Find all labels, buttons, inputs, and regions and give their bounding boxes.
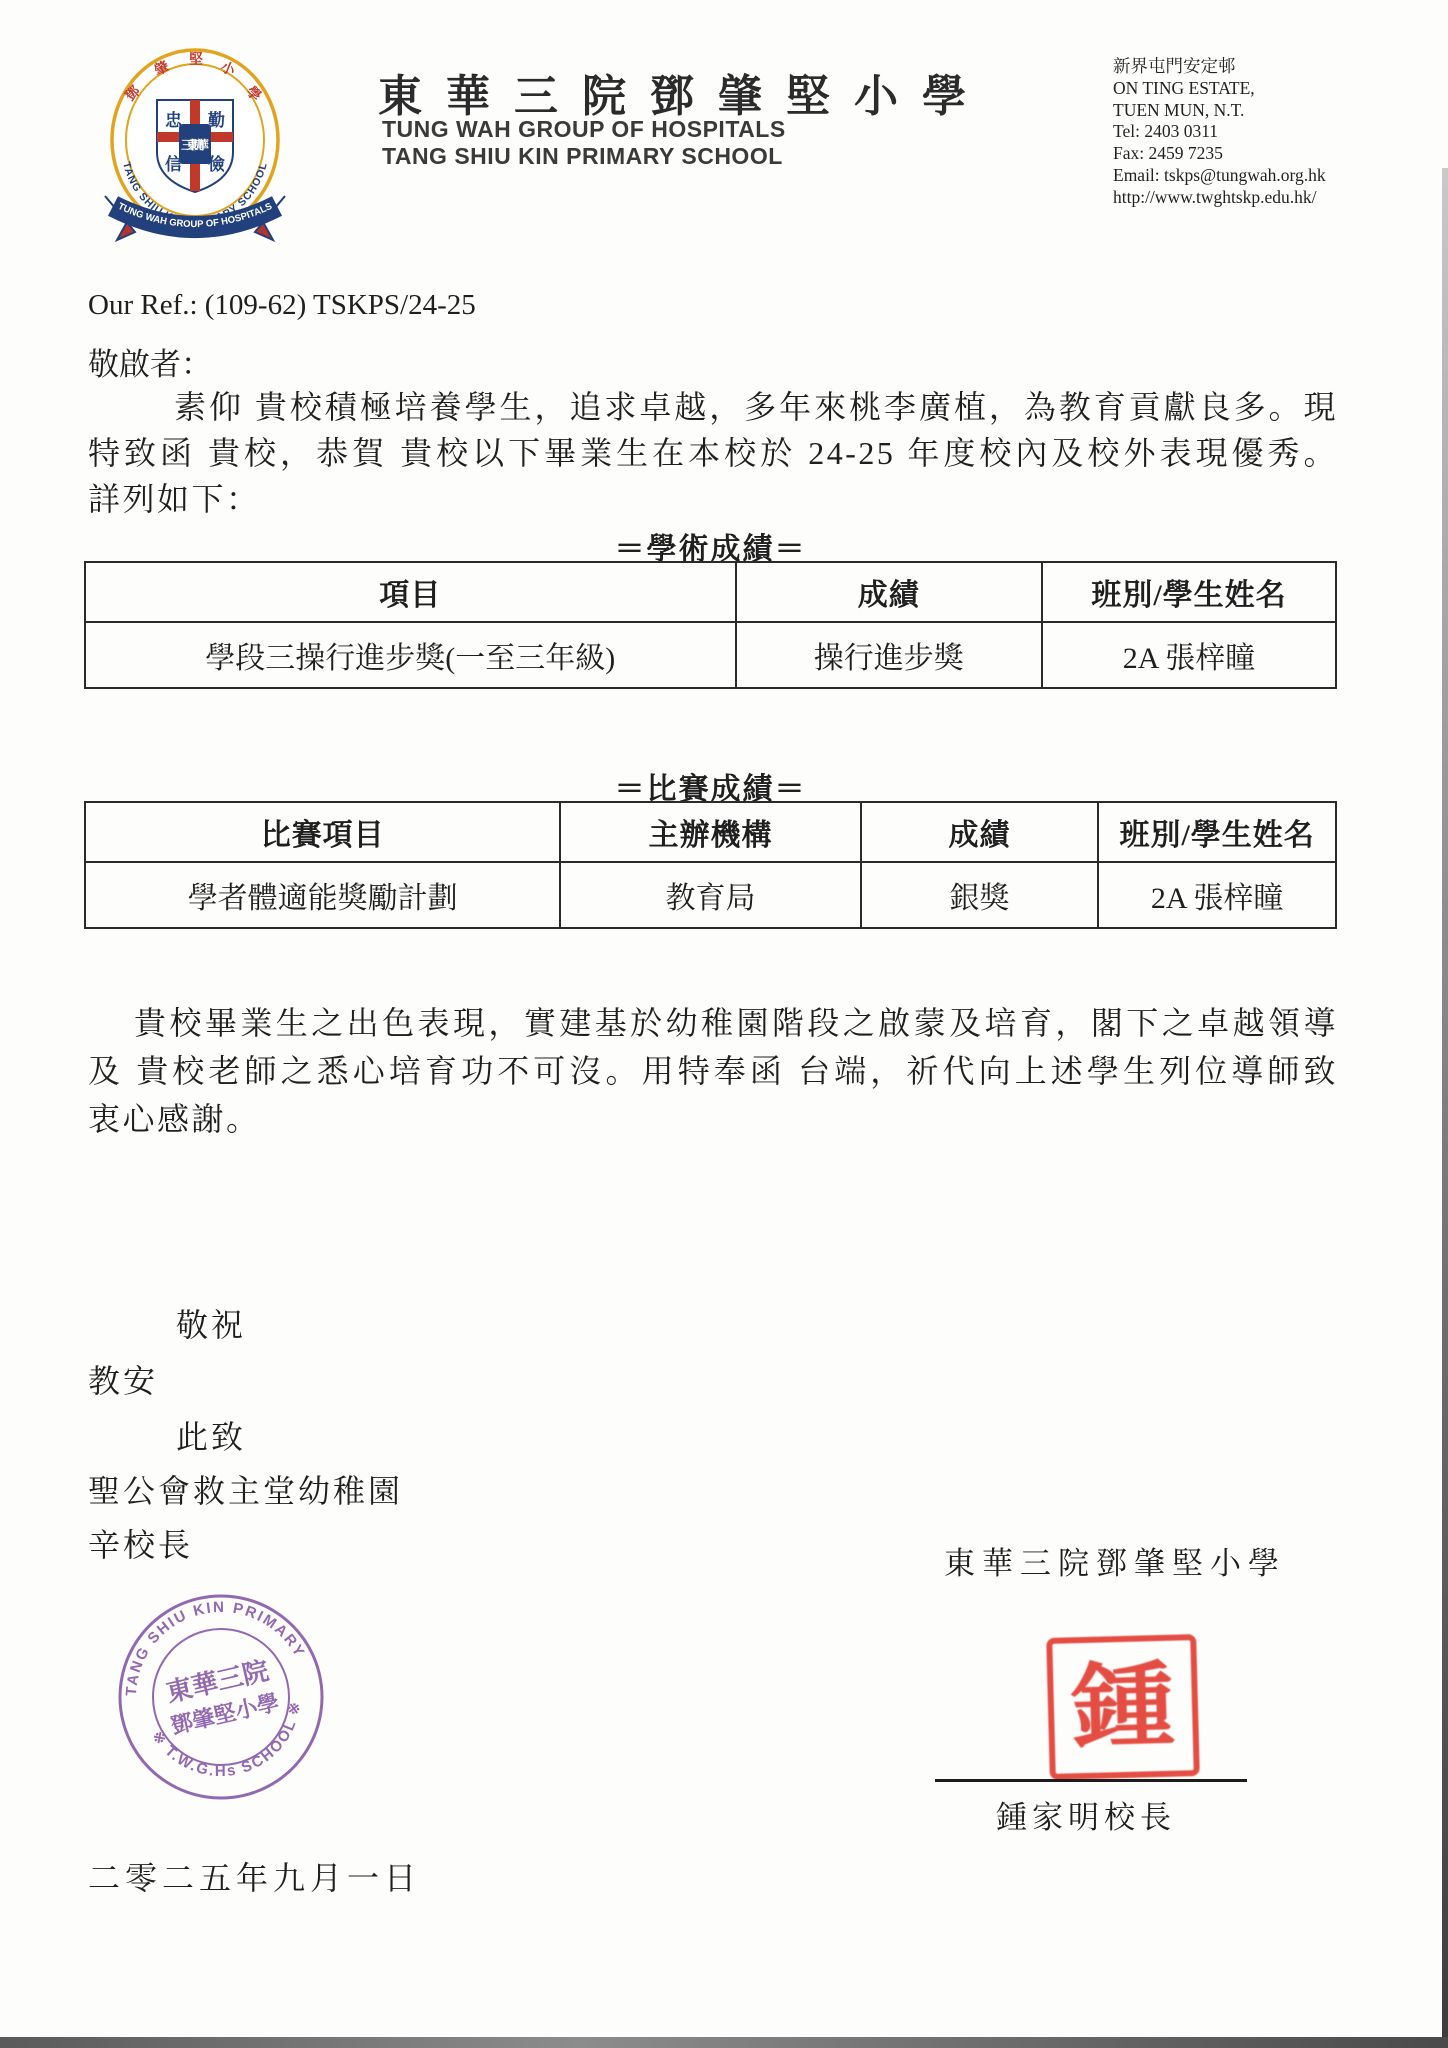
- table-row: 學段三操行進步獎(一至三年級) 操行進步獎 2A 張梓瞳: [85, 622, 1336, 688]
- contact-address-en1: ON TING ESTATE,: [1113, 78, 1326, 100]
- crest-graphic: 鄧 肇 堅 小 學 TANG SHIU KIN PRIMARY SCHOOL 忠…: [95, 48, 295, 263]
- competition-results-table: 比賽項目 主辦機構 成績 班別/學生姓名 學者體適能獎勵計劃 教育局 銀獎 2A…: [84, 801, 1337, 929]
- cell-result: 銀獎: [861, 862, 1099, 928]
- reference-number: Our Ref.: (109-62) TSKPS/24-25: [88, 289, 476, 322]
- academic-results-table: 項目 成績 班別/學生姓名 學段三操行進步獎(一至三年級) 操行進步獎 2A 張…: [84, 561, 1337, 689]
- contact-tel: Tel: 2403 0311: [1113, 121, 1326, 143]
- paragraph1-line2: 特致函 貴校，恭賀 貴校以下畢業生在本校於 24-25 年度校內及校外表現優秀。: [88, 428, 1338, 474]
- col-header-class-student: 班別/學生姓名: [1042, 562, 1336, 622]
- scanned-letter-page: 鄧 肇 堅 小 學 TANG SHIU KIN PRIMARY SCHOOL 忠…: [0, 0, 1448, 2048]
- cell-result: 操行進步獎: [736, 622, 1042, 688]
- seal-character: 鍾: [1070, 1660, 1175, 1755]
- table-header-row: 項目 成績 班別/學生姓名: [85, 562, 1336, 622]
- school-crest-logo: 鄧 肇 堅 小 學 TANG SHIU KIN PRIMARY SCHOOL 忠…: [95, 48, 295, 263]
- cell-class-student: 2A 張梓瞳: [1098, 862, 1336, 928]
- paragraph1-line1: 素仰 貴校積極培養學生，追求卓越，多年來桃李廣植，為教育貢獻良多。現: [88, 382, 1338, 428]
- contact-fax: Fax: 2459 7235: [1113, 143, 1326, 165]
- recipient-principal: 辛校長: [88, 1520, 193, 1566]
- cell-class-student: 2A 張梓瞳: [1042, 622, 1336, 688]
- closing-wish-1: 敬祝: [176, 1300, 246, 1346]
- cell-organizer: 教育局: [560, 862, 860, 928]
- col-header-organizer: 主辦機構: [560, 802, 860, 862]
- contact-address-zh: 新界屯門安定邨: [1113, 56, 1326, 78]
- paragraph2-line3: 衷心感謝。: [88, 1094, 1338, 1140]
- salutation: 敬啟者：: [88, 339, 212, 384]
- crest-arc-char: 堅: [189, 51, 203, 68]
- school-name-en-line2: TANG SHIU KIN PRIMARY SCHOOL: [382, 143, 786, 170]
- scan-edge-bottom: [0, 2037, 1448, 2048]
- school-round-stamp: TANG SHIU KIN PRIMARY ※ T.W.G.Hs SCHOOL …: [93, 1569, 350, 1826]
- col-header-competition: 比賽項目: [85, 802, 560, 862]
- cell-competition: 學者體適能獎勵計劃: [85, 862, 560, 928]
- signature-line: [935, 1779, 1247, 1782]
- contact-block: 新界屯門安定邨 ON TING ESTATE, TUEN MUN, N.T. T…: [1113, 56, 1326, 209]
- letter-date: 二零二五年九月一日: [88, 1853, 421, 1899]
- col-header-result: 成績: [861, 802, 1099, 862]
- recipient-school: 聖公會救主堂幼稚園: [88, 1466, 403, 1512]
- contact-address-en2: TUEN MUN, N.T.: [1113, 100, 1326, 122]
- scan-edge-right: [1442, 168, 1448, 2048]
- paragraph1-line3: 詳列如下：: [88, 474, 1338, 520]
- paragraph2-line2: 及 貴校老師之悉心培育功不可沒。用特奉函 台端，祈代向上述學生列位導師致: [88, 1046, 1338, 1092]
- school-name-english: TUNG WAH GROUP OF HOSPITALS TANG SHIU KI…: [382, 116, 786, 170]
- crest-center-shield-text: 三東院華: [181, 137, 209, 152]
- col-header-result: 成績: [736, 562, 1042, 622]
- paragraph2-line1: 貴校畢業生之出色表現，實建基於幼稚園階段之啟蒙及培育，閣下之卓越領導: [88, 998, 1338, 1044]
- school-name-chinese: 東華三院鄧肇堅小學: [378, 60, 990, 124]
- principal-red-seal: 鍾: [1046, 1634, 1200, 1780]
- closing-wish-2: 教安: [88, 1356, 158, 1402]
- table-row: 學者體適能獎勵計劃 教育局 銀獎 2A 張梓瞳: [85, 862, 1336, 928]
- principal-name: 鍾家明校長: [996, 1792, 1176, 1837]
- contact-email: Email: tskps@tungwah.org.hk: [1113, 165, 1326, 187]
- sender-school-name: 東華三院鄧肇堅小學: [944, 1538, 1286, 1583]
- closing-cc: 此致: [176, 1412, 246, 1458]
- col-header-class-student: 班別/學生姓名: [1098, 802, 1336, 862]
- school-name-en-line1: TUNG WAH GROUP OF HOSPITALS: [382, 116, 786, 143]
- col-header-item: 項目: [85, 562, 736, 622]
- table-header-row: 比賽項目 主辦機構 成績 班別/學生姓名: [85, 802, 1336, 862]
- cell-item: 學段三操行進步獎(一至三年級): [85, 622, 736, 688]
- contact-website: http://www.twghtskp.edu.hk/: [1113, 187, 1326, 209]
